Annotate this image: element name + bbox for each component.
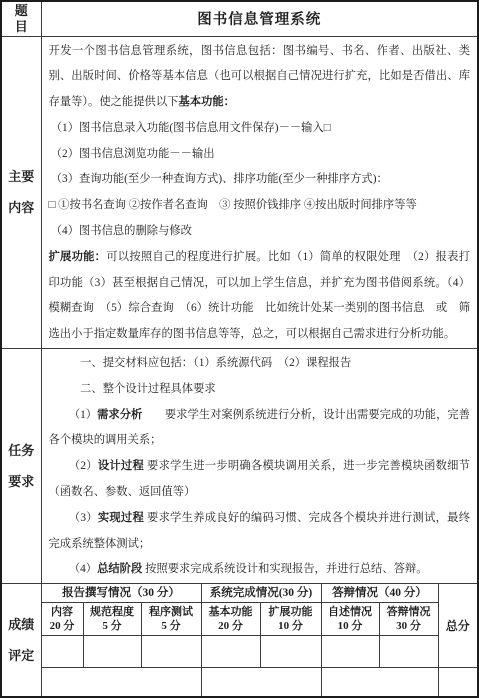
task-cell: 一、提交材料应包括：（1）系统源代码 （2）课程报告二、整个设计过程具体要求（1… (41, 349, 478, 584)
assignment-table: 题 目 图书信息管理系统 主要 内容 开发一个图书信息管理系统，图书信息包括：图… (0, 0, 479, 698)
grade-group-system: 系统完成情况(30 分) (202, 584, 322, 603)
main-content-row: 主要 内容 开发一个图书信息管理系统，图书信息包括：图书编号、书名、作者、出版社… (1, 36, 478, 349)
paragraph: □ ①按书名查询 ②按作者名查询 ③ 按照价钱排序 ④按出版时间排序等等 (49, 193, 471, 219)
document-page: 题 目 图书信息管理系统 主要 内容 开发一个图书信息管理系统，图书信息包括：图… (0, 0, 479, 691)
paragraph: （3）查询功能(至少一种查询方式)、排序功能(至少一种排序方式)： (49, 167, 471, 193)
paragraph: （3）实现过程 要求学生养成良好的编码习惯、完成各个模块并进行测试，最终完成系统… (49, 506, 471, 558)
grade-group-defense: 答辩情况（40 分） (322, 584, 439, 603)
paragraph: 一、提交材料应包括：（1）系统源代码 （2）课程报告 (49, 351, 471, 377)
grade-row: 成绩 评定 报告撰写情况（30 分） 系统完成情况(30 分) 答辩情况（40 … (1, 584, 478, 697)
title-row: 题 目 图书信息管理系统 (1, 1, 478, 36)
group-score-cell-defense (322, 668, 439, 696)
paragraph: 扩展功能：可以按照自己的程度进行扩展。比如（1）简单的权限处理 （2）报表打印功… (49, 245, 471, 348)
grade-cell: 报告撰写情况（30 分） 系统完成情况(30 分) 答辩情况（40 分） 总分 … (41, 584, 478, 697)
row-header-title: 题 目 (1, 1, 41, 36)
score-cell-extended-func (261, 636, 322, 668)
grade-subheader-defense: 答辩情况 30 分 (380, 603, 439, 636)
page-title: 图书信息管理系统 (41, 1, 478, 36)
grade-subheader-standard: 规范程度 5 分 (84, 603, 142, 636)
task-requirements-row: 任务 要求 一、提交材料应包括：（1）系统源代码 （2）课程报告二、整个设计过程… (1, 349, 478, 584)
paragraph: （2）设计过程 要求学生进一步明确各模块调用关系，进一步完善模块函数细节（函数名… (49, 454, 471, 506)
paragraph: 开发一个图书信息管理系统，图书信息包括：图书编号、书名、作者、出版社、类别、出版… (49, 39, 471, 116)
row-header-grade: 成绩 评定 (1, 584, 41, 697)
main-content-paragraphs: 开发一个图书信息管理系统，图书信息包括：图书编号、书名、作者、出版社、类别、出版… (49, 39, 471, 349)
score-cell-self-report (322, 636, 380, 668)
task-paragraphs: 一、提交材料应包括：（1）系统源代码 （2）课程报告二、整个设计过程具体要求（1… (49, 351, 471, 583)
score-cell-standard (84, 636, 142, 668)
grade-subheader-extended-func: 扩展功能 10 分 (261, 603, 322, 636)
paragraph: （4）图书信息的删除与修改 (49, 219, 471, 245)
row-header-task: 任务 要求 (1, 349, 41, 584)
score-cell-content (42, 636, 84, 668)
group-score-cell-system (202, 668, 322, 696)
row-header-main-content: 主要 内容 (1, 36, 41, 349)
grade-subheader-basic-func: 基本功能 20 分 (202, 603, 261, 636)
score-cell-defense (380, 636, 439, 668)
score-cell-basic-func (202, 636, 261, 668)
paragraph: 二、整个设计过程具体要求 (49, 377, 471, 403)
grade-table: 报告撰写情况（30 分） 系统完成情况(30 分) 答辩情况（40 分） 总分 … (42, 584, 478, 696)
grade-subheader-testing: 程序测试 5 分 (142, 603, 202, 636)
paragraph: （1）需求分析 要求学生对案例系统进行分析，设计出需要完成的功能，完善各个模块的… (49, 403, 471, 455)
total-score-cell (439, 668, 478, 696)
paragraph: （1）图书信息录入功能(图书信息用文件保存)－－输入□ (49, 116, 471, 142)
grade-subheader-self-report: 自述情况 10 分 (322, 603, 380, 636)
grade-total-header: 总分 (439, 584, 478, 668)
grade-subheader-content: 内容 20 分 (42, 603, 84, 636)
grade-group-report: 报告撰写情况（30 分） (42, 584, 202, 603)
paragraph: （4）总结阶段 按照要求完成系统设计和实现报告，并进行总结、答辩。 (49, 557, 471, 583)
main-content-cell: 开发一个图书信息管理系统，图书信息包括：图书编号、书名、作者、出版社、类别、出版… (41, 36, 478, 349)
score-cell-testing (142, 636, 202, 668)
paragraph: （2）图书信息浏览功能－－输出 (49, 142, 471, 168)
group-score-cell-report (42, 668, 202, 696)
